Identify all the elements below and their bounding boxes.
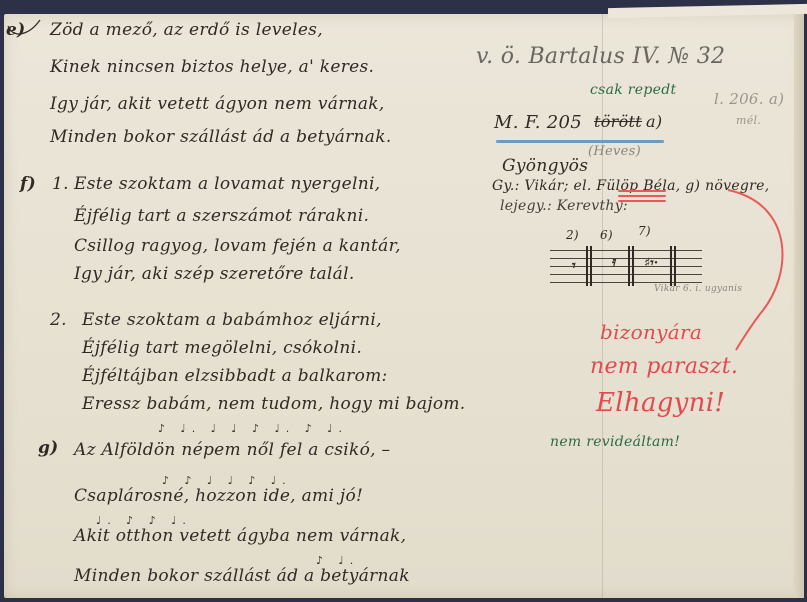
- red-arrow-curve: [4, 14, 804, 598]
- manuscript-page: e) Zöd a mező, az erdő is leveles, Kinek…: [4, 14, 804, 598]
